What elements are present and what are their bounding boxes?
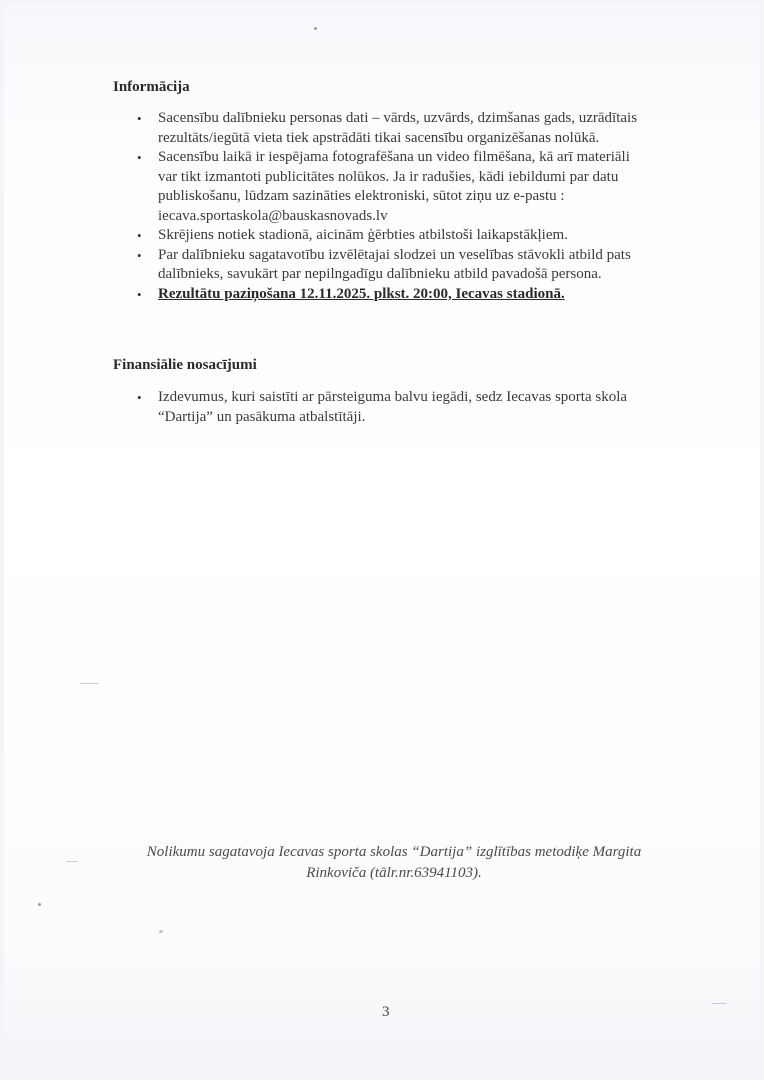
scan-mark <box>712 1003 726 1004</box>
bullet-icon: • <box>137 246 142 266</box>
scan-speck <box>222 29 223 30</box>
page-number: 3 <box>382 1004 390 1021</box>
bullet-icon: • <box>137 285 142 305</box>
scan-mark <box>66 861 78 862</box>
results-announcement-text: Rezultātu paziņošana 12.11.2025. plkst. … <box>158 285 648 305</box>
finance-list: • Izdevumus, kuri saistīti ar pārsteigum… <box>4 388 764 427</box>
info-list: • Sacensību dalībnieku personas dati – v… <box>4 109 764 304</box>
list-item-text: Skrējiens notiek stadionā, aicinām ģērbt… <box>158 226 648 246</box>
list-item: • Par dalībnieku sagatavotību izvēlētaja… <box>4 246 764 285</box>
list-item-text: Par dalībnieku sagatavotību izvēlētajai … <box>158 246 648 285</box>
scan-speck <box>38 903 41 906</box>
scan-speck <box>314 27 317 30</box>
scan-mark <box>80 683 98 684</box>
list-item-text: Sacensību laikā ir iespējama fotografēša… <box>158 148 648 226</box>
section-heading-informacija: Informācija <box>113 79 190 96</box>
bullet-icon: • <box>137 388 142 408</box>
document-page: Informācija • Sacensību dalībnieku perso… <box>4 5 760 1043</box>
list-item: • Sacensību dalībnieku personas dati – v… <box>4 109 764 148</box>
bullet-icon: • <box>137 226 142 246</box>
list-item-results-announcement: • Rezultātu paziņošana 12.11.2025. plkst… <box>4 285 764 305</box>
prepared-by-note: Nolikumu sagatavoja Iecavas sporta skola… <box>124 842 664 884</box>
list-item: • Izdevumus, kuri saistīti ar pārsteigum… <box>4 388 764 427</box>
list-item-text: Izdevumus, kuri saistīti ar pārsteiguma … <box>158 388 648 427</box>
list-item-text: Sacensību dalībnieku personas dati – vār… <box>158 109 648 148</box>
bullet-icon: • <box>137 109 142 129</box>
section-heading-finansialie-nosacijumi: Finansiālie nosacījumi <box>113 357 257 374</box>
scan-speck <box>159 930 163 933</box>
list-item: • Sacensību laikā ir iespējama fotografē… <box>4 148 764 226</box>
bullet-icon: • <box>137 148 142 168</box>
list-item: • Skrējiens notiek stadionā, aicinām ģēr… <box>4 226 764 246</box>
